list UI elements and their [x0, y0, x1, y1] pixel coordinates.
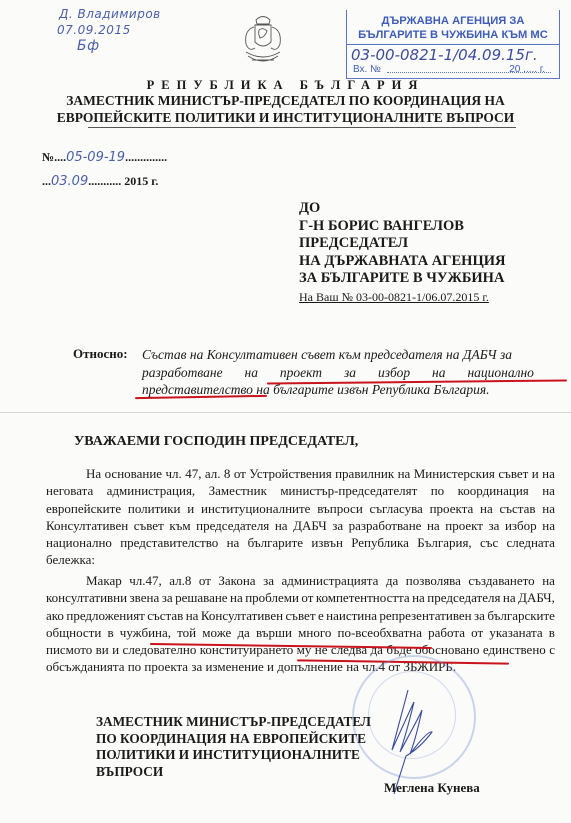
- handwritten-date: 07.09.2015: [57, 22, 161, 38]
- handwritten-name: Д. Владимиров: [57, 6, 161, 22]
- stamp-agency-line2: БЪЛГАРИТЕ В ЧУЖБИНА КЪМ МС: [347, 28, 559, 42]
- stamp-year-label: 20 ..... г.: [509, 64, 545, 75]
- handwritten-note: Д. Владимиров 07.09.2015 Бф: [57, 6, 161, 54]
- stamp-number-label: Вх. №: [353, 64, 381, 75]
- outgoing-date-value: 03.09: [51, 174, 88, 189]
- subject-text: Състав на Консултативен съвет към предсе…: [142, 346, 534, 399]
- incoming-registration-stamp: ДЪРЖАВНА АГЕНЦИЯ ЗА БЪЛГАРИТЕ В ЧУЖБИНА …: [346, 10, 560, 79]
- republic-title: РЕПУБЛИКА БЪЛГАРИЯ: [0, 78, 571, 93]
- reference-number: На Ваш № 03-00-0821-1/06.07.2015 г.: [299, 290, 489, 305]
- addressee-block: ДО Г-Н БОРИС ВАНГЕЛОВ ПРЕДСЕДАТЕЛ НА ДЪР…: [299, 200, 505, 288]
- outgoing-number-value: 05-09-19: [66, 150, 125, 165]
- signatory-title: ЗАМЕСТНИК МИНИСТЪР-ПРЕДСЕДАТЕЛ ПО КООРДИ…: [96, 714, 371, 780]
- stamp-handwritten-number: 03-00-0821-1/04.09.15г.: [351, 46, 538, 64]
- outgoing-number: №....05-09-19..............: [42, 150, 167, 165]
- stamp-agency-line1: ДЪРЖАВНА АГЕНЦИЯ ЗА: [347, 14, 559, 28]
- signatory-name: Меглена Кунева: [384, 780, 480, 796]
- handwritten-initials: Бф: [57, 38, 161, 54]
- paper-fold: [0, 412, 571, 413]
- header-divider: [88, 127, 516, 128]
- greeting: УВАЖАЕМИ ГОСПОДИН ПРЕДСЕДАТЕЛ,: [74, 434, 358, 450]
- subject-label: Относно:: [73, 346, 128, 362]
- outgoing-date: ...03.09........... 2015 г.: [42, 174, 158, 189]
- coat-of-arms-icon: [238, 12, 288, 70]
- body-paragraph-1: Наоснованиечл.47,ал.8отУстройственияправ…: [46, 465, 555, 569]
- office-title: ЗАМЕСТНИК МИНИСТЪР-ПРЕДСЕДАТЕЛ ПО КООРДИ…: [0, 92, 571, 126]
